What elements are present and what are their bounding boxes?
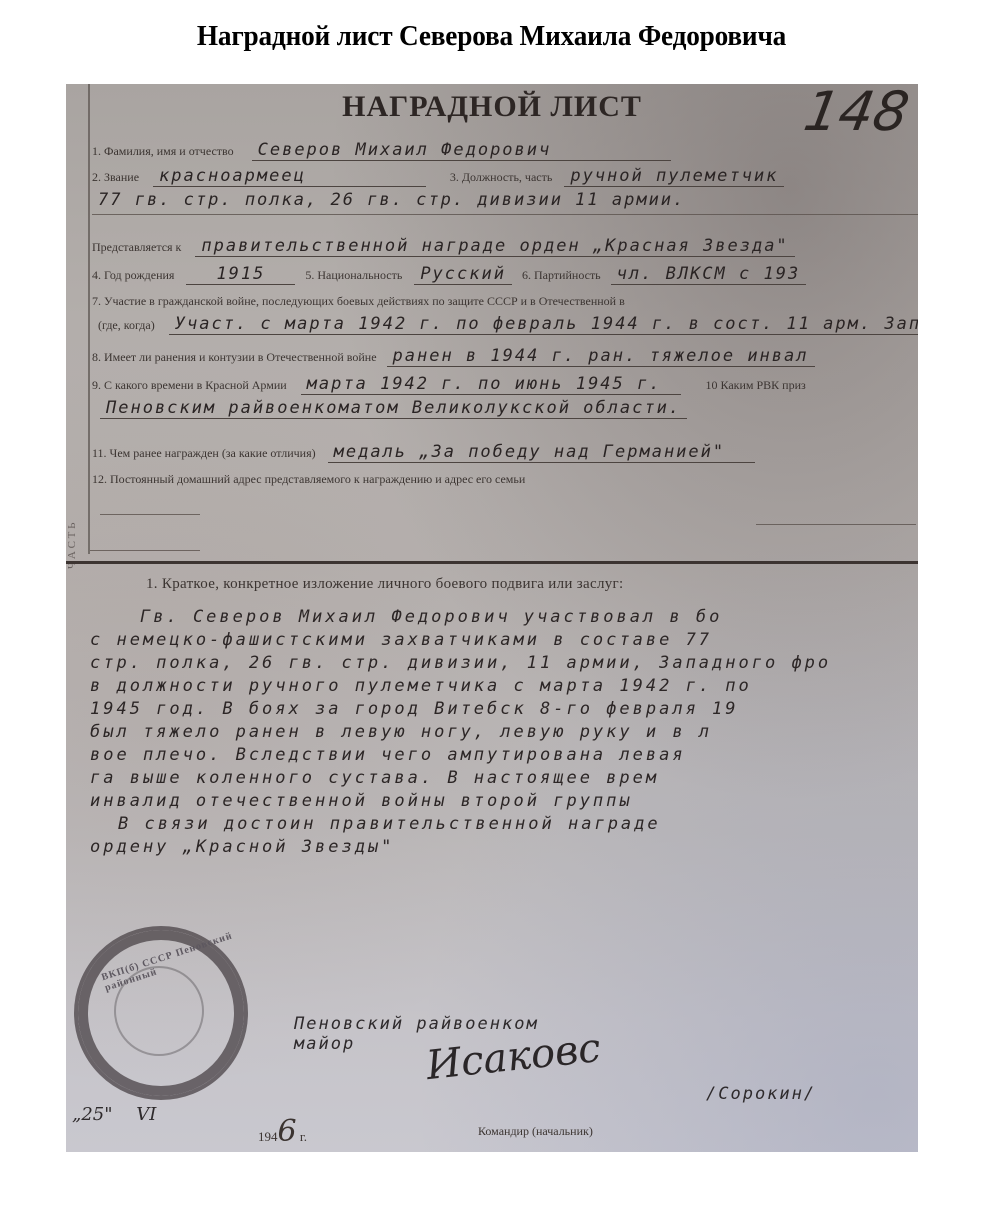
field-wounds-label: 8. Имеет ли ранения и контузии в Отечест…: [92, 350, 377, 364]
rule: [92, 214, 918, 215]
field-war-value: Участ. с марта 1942 г. по февраль 1944 г…: [169, 314, 918, 335]
field-war-participation-value: (где, когда) Участ. с марта 1942 г. по ф…: [98, 314, 918, 334]
field-war-participation: 7. Участие в гражданской войне, последую…: [92, 292, 918, 310]
date-year-prefix: 194: [258, 1129, 278, 1144]
official-seal: ВКП(б) СССР Пеновский районный: [74, 926, 248, 1100]
narrative-line: В связи достоин правительственной наград…: [90, 813, 918, 836]
field-rvk-value: Пеновским райвоенкоматом Великолукской о…: [100, 398, 687, 419]
field-war-label: 7. Участие в гражданской войне, последую…: [92, 294, 625, 308]
field-wounds: 8. Имеет ли ранения и контузии в Отечест…: [92, 346, 918, 366]
rule: [100, 514, 200, 515]
rule: [90, 550, 200, 551]
field-rvk: Пеновским райвоенкоматом Великолукской о…: [100, 398, 918, 418]
date-month: VI: [136, 1104, 156, 1125]
field-birth-nation-party: 4. Год рождения 1915 5. Национальность Р…: [92, 264, 918, 284]
field-nationality-value: Русский: [414, 264, 512, 285]
field-previous-awards: 11. Чем ранее награжден (за какие отличи…: [92, 442, 918, 462]
date-day: „25": [72, 1104, 113, 1125]
field-rank-value: красноармеец: [153, 166, 426, 187]
field-service-label: 9. С какого времени в Красной Армии: [92, 378, 287, 392]
narrative-line: инвалид отечественной войны второй групп…: [90, 790, 918, 813]
commander-label: Командир (начальник): [478, 1124, 593, 1139]
field-war-sublabel: (где, когда): [98, 318, 155, 332]
field-position-value-cont: 77 гв. стр. полка, 26 гв. стр. дивизии 1…: [92, 190, 691, 210]
field-birth-value: 1915: [186, 264, 295, 285]
narrative: Гв. Северов Михаил Федорович участвовал …: [90, 606, 918, 859]
narrative-line: ордену „Красной Звезды": [90, 836, 918, 859]
award-sheet-photo: Ч А С Т Ь НАГРАДНОЙ ЛИСТ 148 1. Фамилия,…: [66, 84, 918, 1152]
field-service-value: марта 1942 г. по июнь 1945 г.: [301, 374, 682, 395]
field-address: 12. Постоянный домашний адрес представля…: [92, 470, 918, 488]
field-service: 9. С какого времени в Красной Армии март…: [92, 374, 918, 394]
field-position-label: 3. Должность, часть: [450, 170, 552, 184]
document-number: 148: [799, 84, 913, 143]
page-title: Наградной лист Северова Михаила Федорови…: [29, 20, 953, 53]
narrative-line: был тяжело ранен в левую ногу, левую рук…: [90, 721, 918, 744]
field-presented-label: Представляется к: [92, 240, 181, 254]
field-birth-label: 4. Год рождения: [92, 268, 174, 282]
field-position-value: ручной пулеметчик: [564, 166, 784, 187]
rule: [756, 524, 916, 525]
narrative-line: Гв. Северов Михаил Федорович участвовал …: [90, 606, 918, 629]
side-stamp: Ч А С Т Ь: [66, 429, 80, 569]
narrative-line: вое плечо. Вследствии чего ампутирована …: [90, 744, 918, 767]
field-presented-value: правительственной награде орден „Красная…: [195, 236, 794, 257]
field-previous-awards-value: медаль „За победу над Германией": [328, 442, 756, 463]
field-presented: Представляется к правительственной награ…: [92, 236, 918, 256]
narrative-line: га выше коленного сустава. В настоящее в…: [90, 767, 918, 790]
narrative-line: стр. полка, 26 гв. стр. дивизии, 11 арми…: [90, 652, 918, 675]
signature-title: Пеновский райвоенком: [294, 1014, 539, 1034]
field-rank-position: 2. Звание красноармеец 3. Должность, час…: [92, 166, 918, 186]
field-rvk-label: 10 Каким РВК приз: [705, 378, 805, 392]
section-title: 1. Краткое, конкретное изложение личного…: [146, 576, 623, 593]
section-divider: [66, 561, 918, 564]
field-name: 1. Фамилия, имя и отчество Северов Михаи…: [92, 140, 918, 160]
form-heading: НАГРАДНОЙ ЛИСТ: [66, 90, 918, 124]
field-position-cont: 77 гв. стр. полка, 26 гв. стр. дивизии 1…: [92, 190, 918, 210]
narrative-line: 1945 год. В боях за город Витебск 8-го ф…: [90, 698, 918, 721]
narrative-line: в должности ручного пулеметчика с марта …: [90, 675, 918, 698]
date-year: 1946 г.: [258, 1114, 307, 1149]
field-name-value: Северов Михаил Федорович: [252, 140, 672, 161]
field-wounds-value: ранен в 1944 г. ран. тяжелое инвал: [387, 346, 815, 367]
signature-name: /Сорокин/: [706, 1084, 816, 1104]
field-party-label: 6. Партийность: [522, 268, 601, 282]
field-rank-label: 2. Звание: [92, 170, 139, 184]
field-nationality-label: 5. Национальность: [305, 268, 402, 282]
date-day-month: „25" VI: [72, 1104, 156, 1125]
date-year-unit: г.: [300, 1129, 307, 1144]
field-name-label: 1. Фамилия, имя и отчество: [92, 144, 234, 158]
narrative-line: с немецко-фашистскими захватчиками в сос…: [90, 629, 918, 652]
field-party-value: чл. ВЛКСМ с 193: [611, 264, 807, 285]
date-year-suffix: 6: [278, 1114, 297, 1149]
field-previous-awards-label: 11. Чем ранее награжден (за какие отличи…: [92, 446, 316, 460]
margin-line: [88, 84, 90, 554]
field-address-label: 12. Постоянный домашний адрес представля…: [92, 472, 525, 486]
